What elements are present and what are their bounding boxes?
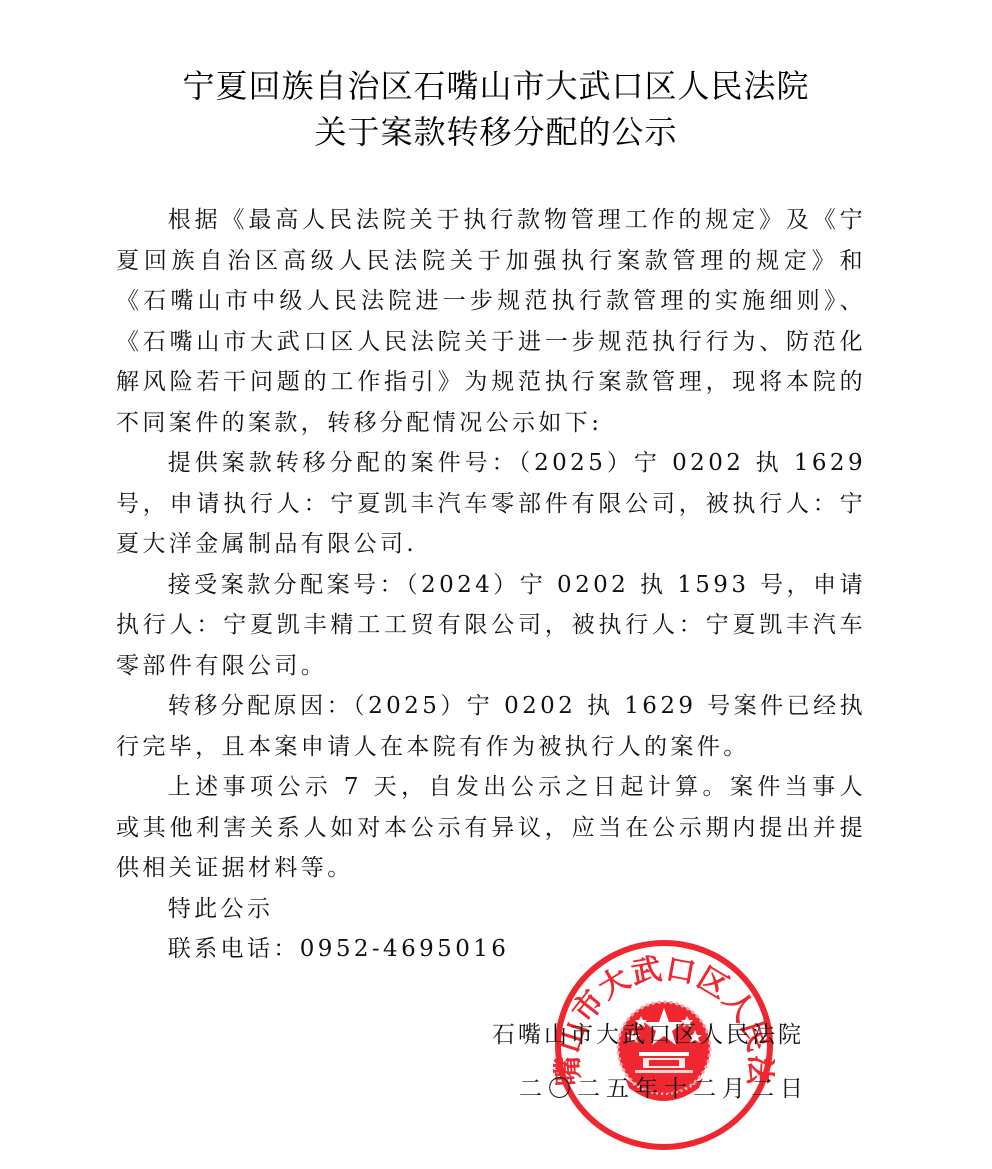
signature-organization: 石嘴山市大武口区人民法院 [492, 1016, 804, 1049]
document-title-line2: 关于案款转移分配的公示 [0, 112, 992, 152]
paragraph-source-case: 提供案款转移分配的案件号：（2025）宁 0202 执 1629 号，申请执行人… [116, 443, 866, 565]
paragraph-receiving-case: 接受案款分配案号：（2024）宁 0202 执 1593 号，申请执行人：宁夏凯… [116, 565, 866, 687]
paragraph-notice-period: 上述事项公示 7 天，自发出公示之日起计算。案件当事人或其他利害关系人如对本公示… [116, 767, 866, 889]
document-title-line1: 宁夏回族自治区石嘴山市大武口区人民法院 [0, 66, 992, 106]
paragraph-transfer-reason: 转移分配原因：（2025）宁 0202 执 1629 号案件已经执行完毕，且本案… [116, 686, 866, 767]
notice-document: 宁夏回族自治区石嘴山市大武口区人民法院 关于案款转移分配的公示 根据《最高人民法… [0, 0, 992, 1169]
signature-date: 二〇二五年十二月二日 [519, 1070, 809, 1103]
paragraph-closing: 特此公示 [116, 889, 866, 930]
document-body: 根据《最高人民法院关于执行款物管理工作的规定》及《宁夏回族自治区高级人民法院关于… [116, 200, 866, 970]
paragraph-legal-basis: 根据《最高人民法院关于执行款物管理工作的规定》及《宁夏回族自治区高级人民法院关于… [116, 200, 866, 443]
